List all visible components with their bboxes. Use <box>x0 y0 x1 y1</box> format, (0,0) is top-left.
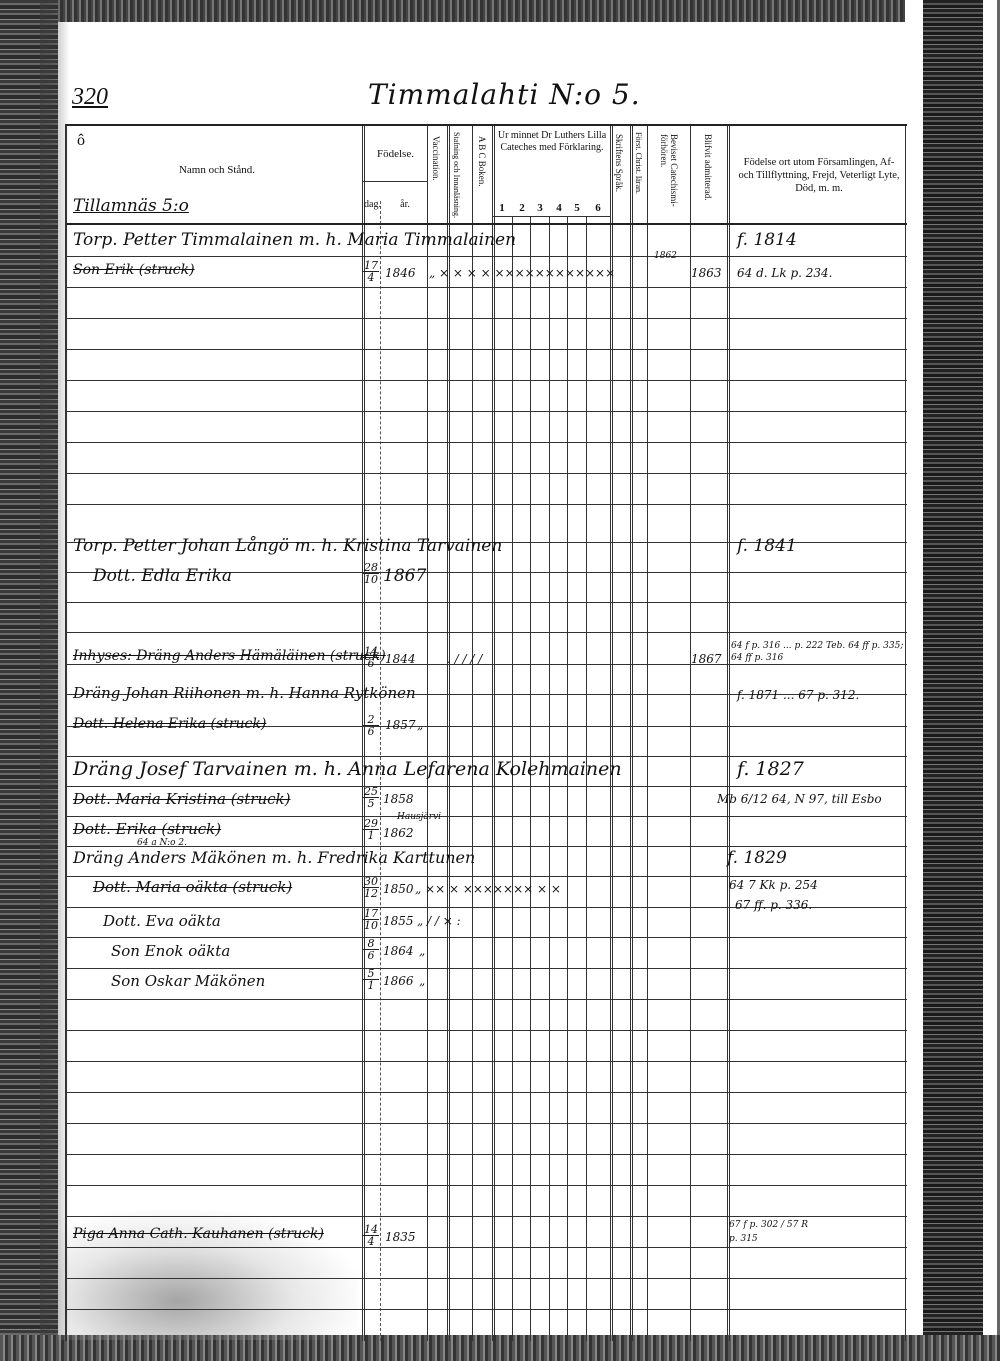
entry-marks: „ <box>417 718 423 732</box>
row-rule <box>67 1309 907 1310</box>
entry-marks: „ ×× × ××××××× × × <box>415 882 561 896</box>
col-rule <box>610 126 613 1341</box>
header-spelling: Stafning och Innanläsning. <box>451 132 461 218</box>
page-number: 320 <box>72 84 108 111</box>
header-abc-book: A B C Boken. <box>477 136 487 216</box>
row-rule <box>67 1092 907 1093</box>
entry-name: Dott. Helena Erika (struck) <box>73 716 266 732</box>
entry-proof: 1862 <box>654 251 677 261</box>
row-rule <box>67 504 907 505</box>
scan-border-top <box>0 0 1000 22</box>
row-rule <box>67 349 907 350</box>
entry-remarks: f. 1827 <box>737 758 804 780</box>
entry-marks: Hausjärvi <box>397 812 441 822</box>
row-rule <box>67 411 907 412</box>
row-rule <box>67 846 907 847</box>
header-birth: Födelse. <box>364 148 427 161</box>
col-rule <box>630 126 633 1341</box>
entry-birth-day: 255 <box>363 786 379 809</box>
row-rule <box>67 318 907 319</box>
header-admitted: Blifvit admitterad. <box>703 134 713 220</box>
entry-birth-year: 1844 <box>385 652 416 666</box>
header-catechism-5: 5 <box>567 202 587 214</box>
col-rule <box>492 126 495 1341</box>
entry-name: Son Erik (struck) <box>73 262 195 278</box>
row-rule <box>67 1247 907 1248</box>
entry-name: Dott. Maria Kristina (struck) <box>73 790 290 808</box>
entry-name: Dräng Josef Tarvainen m. h. Anna Lefaren… <box>73 758 622 780</box>
entry-birth-day: 174 <box>363 260 379 283</box>
entry-name: Dräng Johan Riihonen m. h. Hanna Rytköne… <box>73 684 416 702</box>
header-rule <box>362 181 427 182</box>
scan-border-left <box>0 0 58 1361</box>
header-catechism-4: 4 <box>549 202 569 214</box>
entry-birth-year: 1867 <box>383 566 426 586</box>
row-rule <box>67 1154 907 1155</box>
row-rule <box>67 1061 907 1062</box>
entry-name: Dott. Eva oäkta <box>103 912 221 930</box>
entry-remarks: 64 7 Kk p. 254 <box>729 878 818 892</box>
entry-birth-year: 1862 <box>383 826 414 840</box>
entry-remarks: f. 1871 ... 67 p. 312. <box>737 688 859 702</box>
row-rule <box>67 999 907 1000</box>
entry-name: Piga Anna Cath. Kauhanen (struck) <box>73 1226 324 1242</box>
entry-birth-year: 1857 <box>385 718 416 732</box>
entry-birth-day: 146 <box>363 646 379 669</box>
row-rule <box>67 287 907 288</box>
entry-remarks: f. 1814 <box>737 230 797 250</box>
col-rule <box>427 126 428 1341</box>
row-rule <box>67 256 907 257</box>
row-rule <box>67 1185 907 1186</box>
register-table: ô Namn och Stånd. Tillamnäs 5:o Födelse.… <box>65 124 907 1341</box>
entry-birth-day: 1710 <box>363 908 379 931</box>
col-rule <box>647 126 648 1341</box>
col-rule <box>905 126 906 1341</box>
header-vaccination: Vaccination. <box>431 136 441 216</box>
header-birth-year: år. <box>385 198 425 211</box>
entry-birth-day: 2810 <box>363 562 379 585</box>
entry-marks: „ / / × : <box>417 914 461 928</box>
header-remarks: Födelse ort utom Församlingen, Af- och T… <box>735 156 903 195</box>
entry-birth-year: 1846 <box>385 266 416 280</box>
col-rule <box>727 126 730 1341</box>
entry-remarks: f. 1841 <box>737 536 797 556</box>
header-catechism-1: 1 <box>492 202 512 214</box>
row-rule <box>67 473 907 474</box>
entry-remarks: Mb 6/12 64, N 97, till Esbo <box>717 792 882 806</box>
entry-remarks: f. 1829 <box>727 848 787 868</box>
entry-name: Dräng Anders Mäkönen m. h. Fredrika Kart… <box>73 848 475 867</box>
row-rule <box>67 1216 907 1217</box>
header-rule <box>492 216 610 217</box>
entry-birth-year: 1855 <box>383 914 414 928</box>
row-rule <box>67 937 907 938</box>
row-rule <box>67 816 907 817</box>
entry-birth-year: 1835 <box>385 1230 416 1244</box>
entry-birth-day: 86 <box>363 938 379 961</box>
header-catechism-3: 3 <box>530 202 550 214</box>
entry-note: 64 a N:o 2. <box>137 838 187 848</box>
entry-marks: „ × × × × ×××××××××××× <box>429 266 615 280</box>
row-rule <box>67 1278 907 1279</box>
row-rule <box>67 602 907 603</box>
row-rule <box>67 876 907 877</box>
entry-birth-year: 1850 <box>383 882 414 896</box>
col-rule <box>447 126 450 1341</box>
row-rule <box>67 786 907 787</box>
col-rule <box>690 126 691 1341</box>
entry-birth-year: 1858 <box>383 792 414 806</box>
entry-admitted: 1863 <box>691 266 722 280</box>
row-rule <box>67 1030 907 1031</box>
header-catechism-2: 2 <box>512 202 532 214</box>
village-title: Timmalahti N:o 5. <box>368 78 641 111</box>
entry-name: Dott. Erika (struck) <box>73 820 221 838</box>
entry-birth-day: 3012 <box>363 876 379 899</box>
entry-remarks: 64 d. Lk p. 234. <box>737 266 832 280</box>
entry-remarks: 67 ff. p. 336. <box>735 898 812 912</box>
entry-remarks: 67 f p. 302 / 57 R p. 315 <box>729 1218 819 1246</box>
entry-birth-day: 26 <box>363 714 379 737</box>
entry-birth-day: 51 <box>363 968 379 991</box>
row-rule <box>67 968 907 969</box>
header-bottom-rule <box>67 223 907 225</box>
header-name: Namn och Stånd. <box>127 164 307 177</box>
header-christianity: Först. Christ. läran. <box>633 132 643 220</box>
header-catechism-proof: Beviset Catechismi-förhören. <box>659 134 679 220</box>
header-scripture: Skriftens Språk. <box>614 134 624 220</box>
row-rule <box>67 664 907 665</box>
entry-marks: . / / / / <box>447 652 482 666</box>
entry-name: Son Enok oäkta <box>111 942 230 960</box>
entry-name: Dott. Edla Erika <box>93 566 232 586</box>
entry-birth-year: 1864 <box>383 944 414 958</box>
entry-name: Dott. Maria oäkta (struck) <box>93 878 292 896</box>
entry-birth-year: 1866 <box>383 974 414 988</box>
row-rule <box>67 380 907 381</box>
entry-marks: „ <box>419 974 425 988</box>
entry-name: Son Oskar Mäkönen <box>111 972 265 990</box>
row-rule <box>67 1123 907 1124</box>
row-rule <box>67 442 907 443</box>
household-heading: Tillamnäs 5:o <box>73 196 189 216</box>
header-catechism: Ur minnet Dr Luthers Lilla Cateches med … <box>494 130 610 154</box>
scan-border-right <box>905 0 1000 1361</box>
entry-birth-day: 291 <box>363 818 379 841</box>
col-rule <box>472 126 473 1341</box>
entry-remarks: 64 f p. 316 ... p. 222 Teb. 64 ff p. 335… <box>731 640 906 664</box>
header-birth-day: dag. <box>364 198 380 211</box>
row-rule <box>67 756 907 757</box>
entry-name: Torp. Petter Timmalainen m. h. Maria Tim… <box>73 230 516 250</box>
entry-name: Inhyses: Dräng Anders Hämäläinen (struck… <box>73 648 386 664</box>
entry-admitted: 1867 <box>691 652 722 666</box>
entry-name: Torp. Petter Johan Långö m. h. Kristina … <box>73 536 502 556</box>
header-catechism-6: 6 <box>588 202 608 214</box>
entry-birth-day: 144 <box>363 1224 379 1247</box>
entry-marks: „ <box>419 944 425 958</box>
corner-mark: ô <box>77 134 85 147</box>
row-rule <box>67 632 907 633</box>
